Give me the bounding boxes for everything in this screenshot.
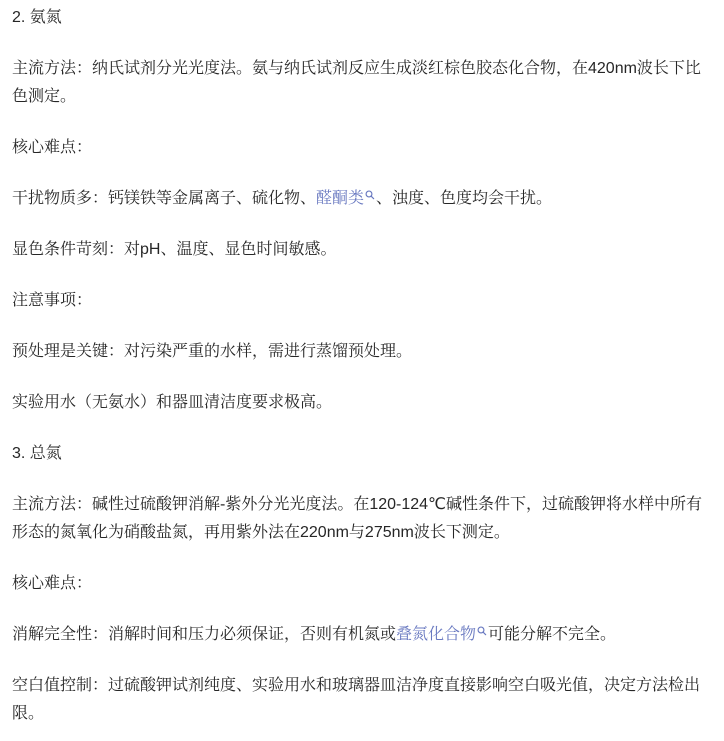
paragraph-color-conditions: 显色条件苛刻：对pH、温度、显色时间敏感。 bbox=[12, 236, 710, 264]
paragraph-water-purity: 实验用水（无氨水）和器皿清洁度要求极高。 bbox=[12, 389, 710, 417]
label-core-difficulties-ammonia: 核心难点： bbox=[12, 134, 710, 162]
digestion-text-before: 消解完全性：消解时间和压力必须保证，否则有机氮或 bbox=[12, 626, 396, 643]
document-body: 2. 氨氮 主流方法：纳氏试剂分光光度法。氨与纳氏试剂反应生成淡红棕色胶态化合物… bbox=[12, 4, 710, 728]
paragraph-blank-control: 空白值控制：过硫酸钾试剂纯度、实验用水和玻璃器皿洁净度直接影响空白吸光值，决定方… bbox=[12, 672, 710, 728]
digestion-text-after: 可能分解不完全。 bbox=[488, 626, 616, 643]
paragraph-total-nitrogen-method: 主流方法：碱性过硫酸钾消解-紫外分光光度法。在120-124℃碱性条件下，过硫酸… bbox=[12, 491, 710, 547]
heading-ammonia-nitrogen: 2. 氨氮 bbox=[12, 4, 710, 32]
search-icon[interactable] bbox=[365, 190, 375, 200]
paragraph-ammonia-method: 主流方法：纳氏试剂分光光度法。氨与纳氏试剂反应生成淡红棕色胶态化合物，在420n… bbox=[12, 55, 710, 111]
paragraph-digestion: 消解完全性：消解时间和压力必须保证，否则有机氮或叠氮化合物可能分解不完全。 bbox=[12, 621, 710, 649]
paragraph-interference: 干扰物质多：钙镁铁等金属离子、硫化物、醛酮类、浊度、色度均会干扰。 bbox=[12, 185, 710, 213]
label-notes: 注意事项： bbox=[12, 287, 710, 315]
label-core-difficulties-total-nitrogen: 核心难点： bbox=[12, 570, 710, 598]
search-link-aldehydes-ketones[interactable]: 醛酮类 bbox=[316, 190, 364, 207]
interference-text-after: 、浊度、色度均会干扰。 bbox=[376, 190, 552, 207]
search-link-azide-compounds[interactable]: 叠氮化合物 bbox=[396, 626, 476, 643]
interference-text-before: 干扰物质多：钙镁铁等金属离子、硫化物、 bbox=[12, 190, 316, 207]
heading-total-nitrogen: 3. 总氮 bbox=[12, 440, 710, 468]
paragraph-pretreatment: 预处理是关键：对污染严重的水样，需进行蒸馏预处理。 bbox=[12, 338, 710, 366]
search-icon[interactable] bbox=[477, 626, 487, 636]
